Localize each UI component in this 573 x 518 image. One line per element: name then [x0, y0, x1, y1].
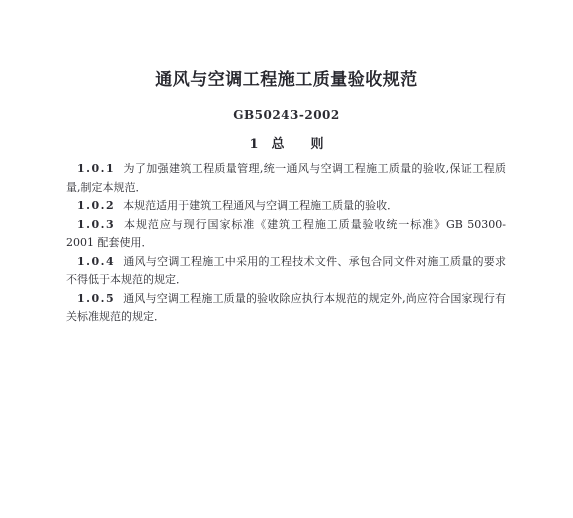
clause-1-0-3-text: 本规范应与现行国家标准《建筑工程施工质量验收统一标准》GB 50300-2001… [66, 218, 506, 250]
standard-number: GB50243-2002 [0, 108, 573, 123]
clause-1-0-5-text: 通风与空调工程施工质量的验收除应执行本规范的规定外,尚应符合国家现行有关标准规范… [66, 292, 506, 324]
clause-1-0-3-number: 1.0.3 [77, 218, 123, 231]
clause-1-0-1: 1.0.1为了加强建筑工程质量管理,统一通风与空调工程施工质量的验收,保证工程质… [66, 160, 506, 197]
clause-1-0-4: 1.0.4通风与空调工程施工中采用的工程技术文件、承包合同文件对施工质量的要求不… [66, 253, 506, 290]
document-page: 通风与空调工程施工质量验收规范 GB50243-2002 1 总 则 1.0.1… [0, 0, 573, 518]
clause-1-0-2-number: 1.0.2 [77, 199, 123, 212]
clause-1-0-1-number: 1.0.1 [77, 162, 123, 175]
clause-1-0-3: 1.0.3本规范应与现行国家标准《建筑工程施工质量验收统一标准》GB 50300… [66, 216, 506, 253]
clauses-section: 1.0.1为了加强建筑工程质量管理,统一通风与空调工程施工质量的验收,保证工程质… [66, 160, 506, 327]
clause-1-0-5-number: 1.0.5 [77, 292, 123, 305]
clause-1-0-4-number: 1.0.4 [77, 255, 123, 268]
document-title: 通风与空调工程施工质量验收规范 [0, 70, 573, 90]
clause-1-0-1-text: 为了加强建筑工程质量管理,统一通风与空调工程施工质量的验收,保证工程质量,制定本… [66, 162, 506, 194]
clause-1-0-4-text: 通风与空调工程施工中采用的工程技术文件、承包合同文件对施工质量的要求不得低于本规… [66, 255, 506, 287]
clause-1-0-2-text: 本规范适用于建筑工程通风与空调工程施工质量的验收． [123, 199, 398, 212]
clause-1-0-5: 1.0.5通风与空调工程施工质量的验收除应执行本规范的规定外,尚应符合国家现行有… [66, 290, 506, 327]
chapter-heading: 1 总 则 [0, 136, 573, 153]
clause-1-0-2: 1.0.2本规范适用于建筑工程通风与空调工程施工质量的验收． [66, 197, 506, 216]
